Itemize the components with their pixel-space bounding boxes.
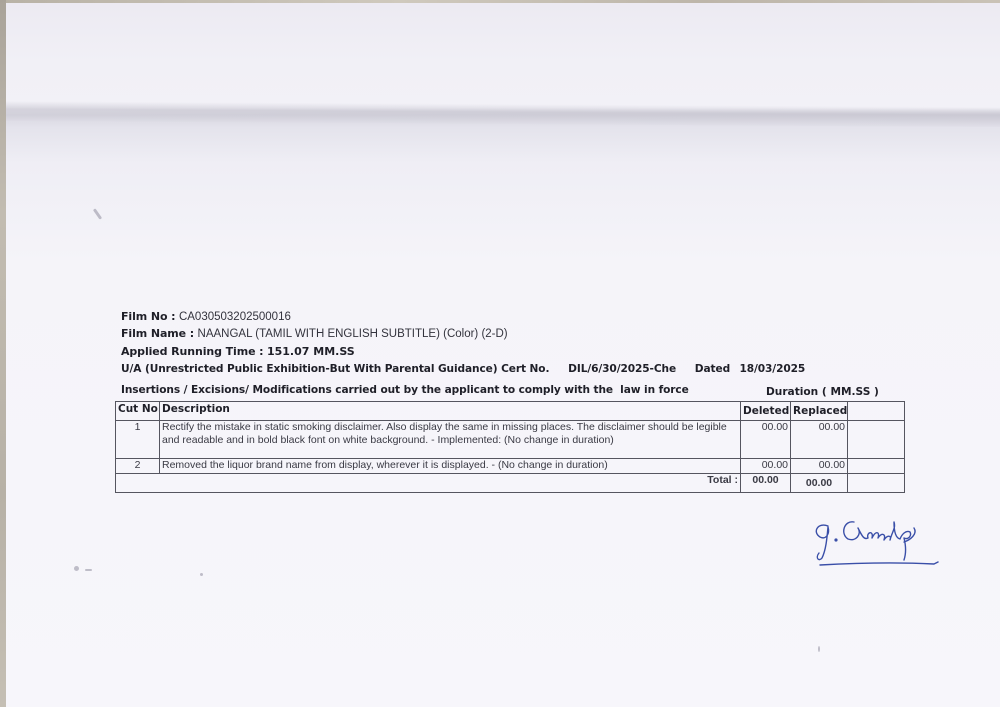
scan-speck: [818, 646, 820, 652]
replaced-cell: 00.00: [791, 421, 848, 459]
duration-heading: Duration ( MM.SS ): [766, 386, 879, 398]
running-time-line: Applied Running Time : 151.07 MM.SS: [121, 345, 355, 358]
running-time-value: 151.07 MM.SS: [267, 345, 355, 358]
insertions-heading: Insertions / Excisions/ Modifications ca…: [121, 384, 689, 396]
cut-no-cell: 2: [116, 459, 160, 474]
cut-no-cell: 1: [116, 421, 160, 459]
dated-label: Dated: [695, 363, 730, 375]
table-row: 1 Rectify the mistake in static smoking …: [116, 421, 905, 459]
scan-speck: [74, 566, 79, 571]
table-header-row: Cut No. Description Deleted Replaced: [116, 402, 905, 421]
blank-cell: [848, 421, 905, 459]
total-label: Total :: [116, 474, 741, 493]
film-name-line: Film Name : NAANGAL (TAMIL WITH ENGLISH …: [121, 327, 508, 340]
replaced-cell: 00.00: [791, 459, 848, 474]
blank-cell: [848, 474, 905, 493]
description-cell: Removed the liquor brand name from displ…: [160, 459, 741, 474]
film-name-label: Film Name :: [121, 327, 194, 340]
header-cut-no: Cut No.: [116, 402, 160, 421]
deleted-cell: 00.00: [741, 421, 791, 459]
insertions-heading-line: Insertions / Excisions/ Modifications ca…: [121, 384, 689, 396]
header-description: Description: [160, 402, 741, 421]
deleted-cell: 00.00: [741, 459, 791, 474]
header-deleted: Deleted: [741, 402, 791, 421]
description-cell: Rectify the mistake in static smoking di…: [160, 421, 741, 459]
table-row: 2 Removed the liquor brand name from dis…: [116, 459, 905, 474]
header-blank: [848, 402, 905, 421]
signature-icon: [806, 508, 946, 578]
film-name-value: NAANGAL (TAMIL WITH ENGLISH SUBTITLE) (C…: [198, 328, 508, 340]
certificate-line: U/A (Unrestricted Public Exhibition-But …: [121, 363, 805, 375]
scan-speck: [85, 569, 92, 571]
total-deleted: 00.00: [741, 474, 791, 493]
cert-number: DIL/6/30/2025-Che: [568, 363, 676, 375]
running-time-label: Applied Running Time :: [121, 345, 263, 358]
total-row: Total : 00.00 00.00: [116, 474, 905, 493]
dated-value: 18/03/2025: [739, 363, 805, 375]
modifications-table: Cut No. Description Deleted Replaced 1 R…: [115, 401, 905, 493]
film-no-label: Film No :: [121, 310, 175, 323]
scan-speck: [200, 573, 203, 576]
film-no-value: CA030503202500016: [179, 311, 291, 323]
total-replaced: 00.00: [791, 474, 848, 493]
certificate-category: U/A (Unrestricted Public Exhibition-But …: [121, 363, 549, 375]
film-no-line: Film No : CA030503202500016: [121, 310, 291, 323]
header-replaced: Replaced: [791, 402, 848, 421]
blank-cell: [848, 459, 905, 474]
signature: [806, 508, 946, 578]
